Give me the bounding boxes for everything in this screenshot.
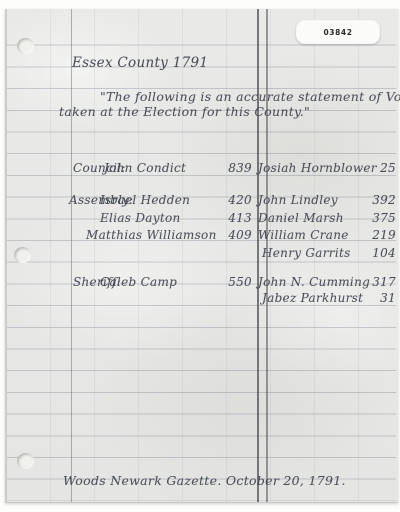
quote-line-1: "The following is an accurate statement … <box>100 89 400 104</box>
vote-count-right: 25 <box>358 161 396 175</box>
candidate-name-left: John Condict <box>104 161 186 175</box>
candidate-name-right: William Crane <box>258 228 349 242</box>
vote-count-right: 31 <box>358 291 396 305</box>
table-row: Jabez Parkhurst 31 <box>0 291 400 309</box>
table-row: Matthias Williamson 409 William Crane 21… <box>0 228 400 246</box>
candidate-name-left: Elias Dayton <box>100 211 181 225</box>
candidate-name-right: Henry Garrits <box>262 246 351 260</box>
vote-count-left: 409 <box>222 228 252 242</box>
scanned-page: 03842 Essex County 1791 "The following i… <box>0 0 400 512</box>
vote-count-right: 317 <box>358 275 396 289</box>
vote-count-right: 392 <box>358 193 396 207</box>
vote-count-right: 375 <box>358 211 396 225</box>
table-row: Elias Dayton 413 Daniel Marsh 375 <box>0 211 400 229</box>
vote-count-right: 219 <box>358 228 396 242</box>
citation: Woods Newark Gazette. October 20, 1791. <box>63 473 346 488</box>
catalog-sticker: 03842 <box>296 20 380 44</box>
vote-count-right: 104 <box>358 246 396 260</box>
catalog-number: 03842 <box>323 28 352 37</box>
vote-count-left: 550 <box>222 275 252 289</box>
quote-line-2: taken at the Election for this County." <box>59 104 310 119</box>
vote-count-left: 413 <box>222 211 252 225</box>
candidate-name-left: Israel Hedden <box>100 193 190 207</box>
candidate-name-right: John N. Cumming <box>258 275 370 289</box>
candidate-name-left: Caleb Camp <box>100 275 177 289</box>
candidate-name-left: Matthias Williamson <box>86 228 217 242</box>
table-row: Henry Garrits 104 <box>0 246 400 264</box>
vote-count-left: 420 <box>222 193 252 207</box>
candidate-name-right: Jabez Parkhurst <box>262 291 363 305</box>
candidate-name-right: Daniel Marsh <box>258 211 344 225</box>
candidate-name-right: John Lindley <box>258 193 338 207</box>
vote-count-left: 839 <box>222 161 252 175</box>
punch-hole-top <box>17 38 34 54</box>
table-row: Assembly: Israel Hedden 420 John Lindley… <box>0 193 400 211</box>
punch-hole-bottom <box>17 453 34 469</box>
page-title: Essex County 1791 <box>72 55 208 71</box>
table-row: Council: John Condict 839 Josiah Hornblo… <box>0 161 400 179</box>
